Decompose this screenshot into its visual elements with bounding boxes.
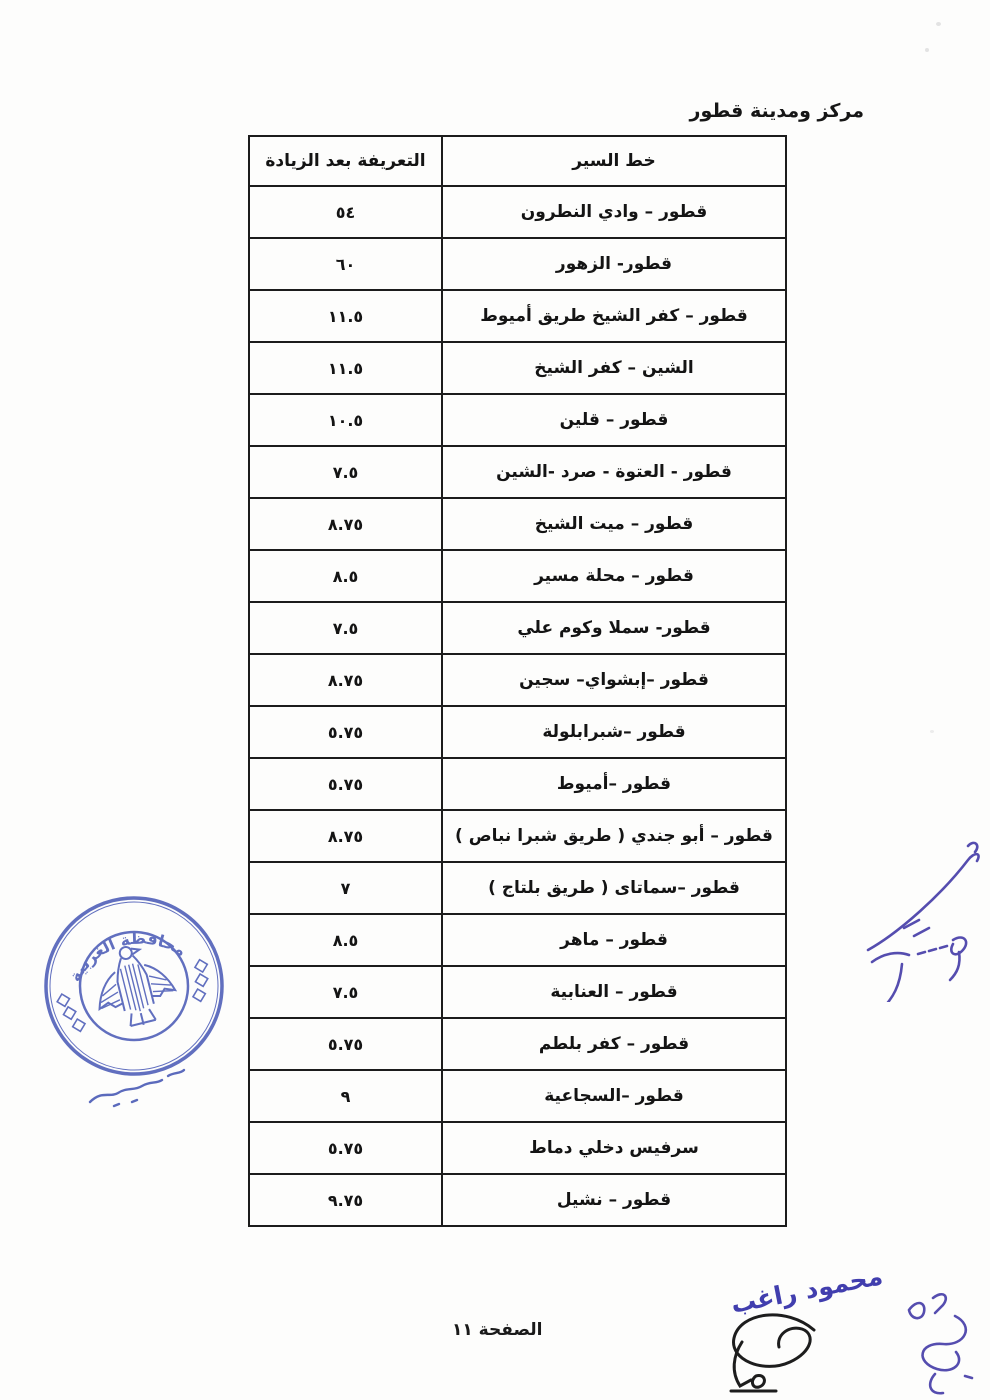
tariff-cell: ٦٠ xyxy=(249,238,442,290)
stamp-graphic: محافظة الغربية xyxy=(34,886,234,1086)
route-cell: قطور - العتوة - صرد -الشين xyxy=(442,446,786,498)
route-cell: قطور –أميوط xyxy=(442,758,786,810)
tariff-cell: ٨.٥ xyxy=(249,914,442,966)
tariff-cell: ٧.٥ xyxy=(249,446,442,498)
table-header: خط السير التعريفة بعد الزيادة xyxy=(249,136,786,186)
reviewer-signature xyxy=(856,830,990,1002)
tariff-table: خط السير التعريفة بعد الزيادة قطور – واد… xyxy=(248,135,787,1227)
tariff-cell: ٧.٥ xyxy=(249,602,442,654)
table-row: قطور – ماهر٨.٥ xyxy=(249,914,786,966)
scan-noise-dot xyxy=(936,22,941,26)
table-row: قطور – كفر الشيخ طريق أميوط١١.٥ xyxy=(249,290,786,342)
route-cell: قطور –السجاعية xyxy=(442,1070,786,1122)
table-row: قطور – وادي النطرون٥٤ xyxy=(249,186,786,238)
table-row: قطور- الزهور٦٠ xyxy=(249,238,786,290)
route-cell: قطور – محلة مسير xyxy=(442,550,786,602)
scan-noise-dot xyxy=(925,48,929,52)
tariff-cell: ٥.٧٥ xyxy=(249,1122,442,1174)
table-row: سرفيس دخلي دماط٥.٧٥ xyxy=(249,1122,786,1174)
route-cell: قطور – كفر بلطم xyxy=(442,1018,786,1070)
tariff-cell: ٨.٧٥ xyxy=(249,654,442,706)
tariff-cell: ٩.٧٥ xyxy=(249,1174,442,1226)
table-row: قطور – كفر بلطم٥.٧٥ xyxy=(249,1018,786,1070)
tariff-cell: ٥.٧٥ xyxy=(249,758,442,810)
tariff-cell: ١١.٥ xyxy=(249,342,442,394)
stamp-arc-text: محافظة الغربية xyxy=(58,916,193,988)
scan-noise-dot xyxy=(930,730,934,733)
tariff-cell: ١١.٥ xyxy=(249,290,442,342)
table-row: قطور – أبو جندي ( طريق شبرا نباص )٨.٧٥ xyxy=(249,810,786,862)
page-number: الصفحة ١١ xyxy=(452,1320,542,1340)
route-column-header: خط السير xyxy=(442,136,786,186)
table-row: قطور – ميت الشيخ٨.٧٥ xyxy=(249,498,786,550)
governorate-stamp: محافظة الغربية xyxy=(34,886,234,1086)
tariff-cell: ٩ xyxy=(249,1070,442,1122)
route-cell: قطور – نشيل xyxy=(442,1174,786,1226)
route-cell: قطور – قلين xyxy=(442,394,786,446)
route-cell: قطور- سملا وكوم علي xyxy=(442,602,786,654)
table-row: قطور – نشيل٩.٧٥ xyxy=(249,1174,786,1226)
tariff-cell: ٨.٥ xyxy=(249,550,442,602)
edge-signature xyxy=(893,1282,990,1398)
route-cell: قطور – كفر الشيخ طريق أميوط xyxy=(442,290,786,342)
table-row: قطور –سماتاى ( طريق بلتاج )٧ xyxy=(249,862,786,914)
table-row: قطور – محلة مسير٨.٥ xyxy=(249,550,786,602)
route-table-body: قطور – وادي النطرون٥٤قطور- الزهور٦٠قطور … xyxy=(249,186,786,1226)
route-cell: قطور – وادي النطرون xyxy=(442,186,786,238)
table-row: قطور –أميوط٥.٧٥ xyxy=(249,758,786,810)
tariff-cell: ٥.٧٥ xyxy=(249,706,442,758)
stamp-signature-scribble xyxy=(80,1062,220,1114)
header-row: خط السير التعريفة بعد الزيادة xyxy=(249,136,786,186)
tariff-cell: ٨.٧٥ xyxy=(249,498,442,550)
table-row: قطور – العنابية٧.٥ xyxy=(249,966,786,1018)
table-row: قطور –شبرابلولة٥.٧٥ xyxy=(249,706,786,758)
document-title: مركز ومدينة قطور xyxy=(690,100,864,122)
table-row: قطور –السجاعية٩ xyxy=(249,1070,786,1122)
tariff-cell: ٥.٧٥ xyxy=(249,1018,442,1070)
route-cell: قطور- الزهور xyxy=(442,238,786,290)
route-cell: قطور –إبشواي– سجين xyxy=(442,654,786,706)
table-row: قطور –إبشواي– سجين٨.٧٥ xyxy=(249,654,786,706)
svg-text:محافظة الغربية: محافظة الغربية xyxy=(58,916,193,988)
tariff-cell: ٨.٧٥ xyxy=(249,810,442,862)
route-cell: قطور – ماهر xyxy=(442,914,786,966)
tariff-column-header: التعريفة بعد الزيادة xyxy=(249,136,442,186)
route-cell: قطور – ميت الشيخ xyxy=(442,498,786,550)
route-cell: قطور – أبو جندي ( طريق شبرا نباص ) xyxy=(442,810,786,862)
tariff-cell: ٥٤ xyxy=(249,186,442,238)
tariff-cell: ٧ xyxy=(249,862,442,914)
route-cell: الشين – كفر الشيخ xyxy=(442,342,786,394)
table-row: قطور- سملا وكوم علي٧.٥ xyxy=(249,602,786,654)
tariff-cell: ٧.٥ xyxy=(249,966,442,1018)
stamp-ornament-right xyxy=(185,958,216,1003)
route-cell: سرفيس دخلي دماط xyxy=(442,1122,786,1174)
route-cell: قطور –شبرابلولة xyxy=(442,706,786,758)
scanned-document-page: مركز ومدينة قطور خط السير التعريفة بعد ا… xyxy=(0,0,990,1400)
table-row: قطور – قلين١٠.٥ xyxy=(249,394,786,446)
approver-signature-black xyxy=(710,1298,836,1398)
tariff-cell: ١٠.٥ xyxy=(249,394,442,446)
route-cell: قطور –سماتاى ( طريق بلتاج ) xyxy=(442,862,786,914)
table-row: قطور - العتوة - صرد -الشين٧.٥ xyxy=(249,446,786,498)
route-cell: قطور – العنابية xyxy=(442,966,786,1018)
table-row: الشين – كفر الشيخ١١.٥ xyxy=(249,342,786,394)
